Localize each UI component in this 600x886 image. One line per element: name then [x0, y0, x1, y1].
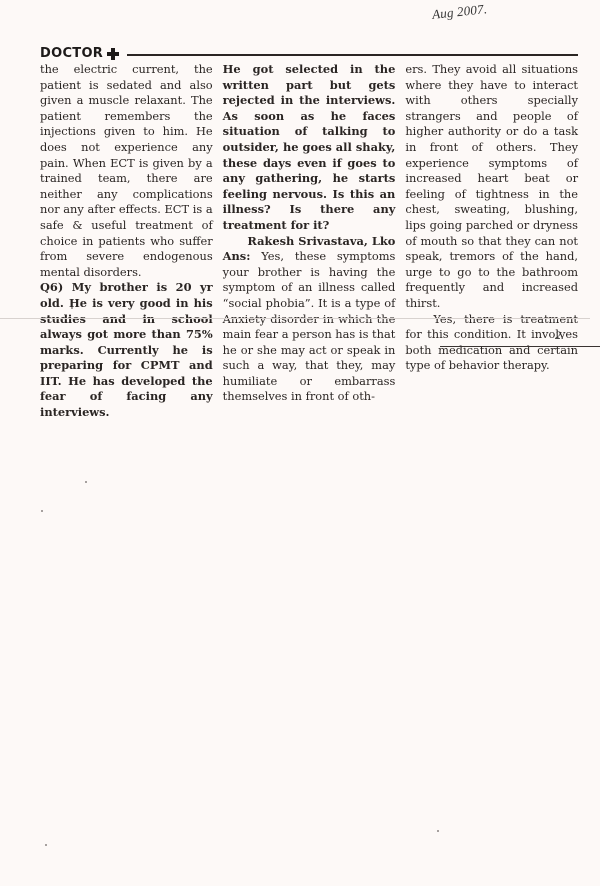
column-2: He got selected in the written part but … [223, 62, 396, 421]
treatment-paragraph: Yes, there is treatment for this conditi… [405, 312, 578, 374]
bottom-column-rule [440, 346, 600, 347]
answer-label: Ans: [223, 249, 251, 263]
answer-text: Yes, these symptoms your brother is havi… [223, 249, 396, 403]
section-title: DOCTOR [40, 46, 103, 62]
paper-speck [45, 844, 47, 846]
article-columns: the electric current, the patient is sed… [40, 62, 578, 421]
answer-paragraph: Ans: Yes, these symptoms your brother is… [223, 249, 396, 405]
newspaper-clipping: DOCTOR the electric current, the patient… [40, 46, 578, 312]
handwritten-page-number: 2. [555, 328, 564, 343]
column-3: ers. They avoid all situations where the… [405, 62, 578, 421]
column-1-paragraph-1: the electric current, the patient is sed… [40, 62, 213, 280]
column-1: the electric current, the patient is sed… [40, 62, 213, 421]
question-6: Q6) My brother is 20 yr old. He is very … [40, 280, 213, 420]
paper-speck [85, 481, 87, 483]
section-header: DOCTOR [40, 46, 578, 62]
paper-speck [41, 510, 43, 512]
questioner-signature: Rakesh Srivastava, Lko [223, 234, 396, 250]
answer-continued: ers. They avoid all situations where the… [405, 62, 578, 312]
paper-speck [437, 830, 439, 832]
handwritten-date-annotation: Aug 2007. [431, 1, 488, 23]
header-rule [127, 54, 578, 56]
paper-speck [71, 307, 73, 309]
clipping-bottom-edge [0, 318, 590, 319]
question-6-continued: He got selected in the written part but … [223, 62, 396, 234]
plus-icon [107, 48, 119, 60]
